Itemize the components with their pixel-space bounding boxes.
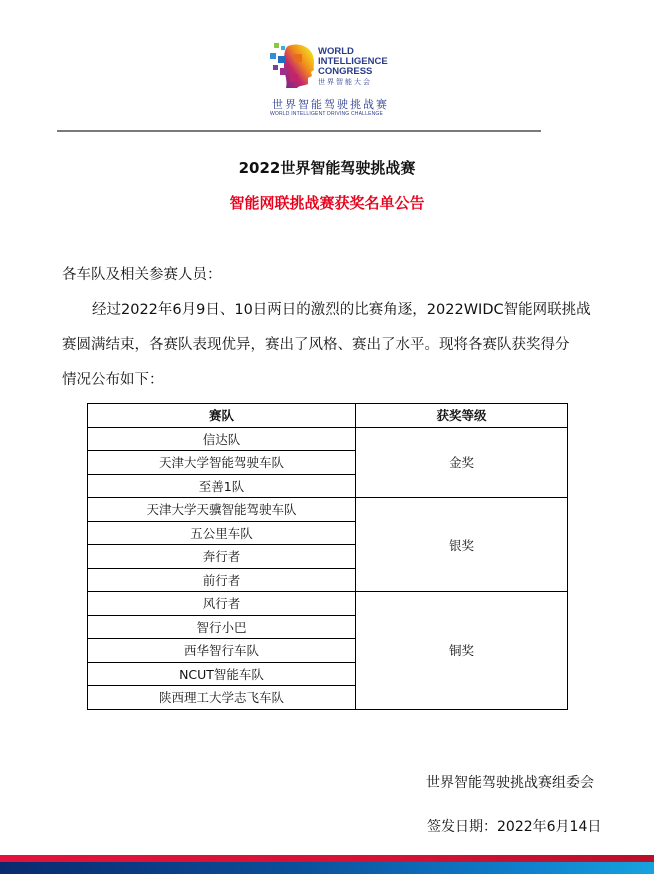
table-header-row: 赛队 获奖等级 (88, 404, 568, 428)
logo-cn-tag: 世界智能大会 (318, 78, 388, 88)
table-row: 风行者 铜奖 (88, 592, 568, 616)
organizer-signature: 世界智能驾驶挑战赛组委会 (426, 772, 594, 792)
footer-stripe-red (0, 855, 654, 862)
header-team: 赛队 (88, 404, 356, 428)
wic-logo: WORLD INTELLIGENCE CONGRESS 世界智能大会 世界智能驾… (268, 40, 392, 120)
team-cell: 西华智行车队 (88, 639, 356, 663)
team-cell: 智行小巴 (88, 615, 356, 639)
salutation: 各车队及相关参赛人员： (62, 263, 222, 284)
table-row: 信达队 金奖 (88, 427, 568, 451)
wic-wordmark: WORLD INTELLIGENCE CONGRESS 世界智能大会 (318, 47, 388, 88)
team-cell: 天津大学智能驾驶车队 (88, 451, 356, 475)
award-cell-gold: 金奖 (356, 427, 568, 498)
paragraph-line-2: 赛圆满结束，各赛队表现优异，赛出了风格、赛出了水平。现将各赛队获奖得分 (62, 333, 570, 354)
paragraph-line-1: 经过2022年6月9日、10日两日的激烈的比赛角逐，2022WIDC智能网联挑战 (92, 298, 591, 319)
award-cell-bronze: 铜奖 (356, 592, 568, 710)
team-cell: 前行者 (88, 568, 356, 592)
team-cell: 陕西理工大学志飞车队 (88, 686, 356, 710)
team-cell: 信达队 (88, 427, 356, 451)
header-divider (57, 130, 541, 132)
team-cell: 风行者 (88, 592, 356, 616)
footer-stripe-blue (0, 862, 654, 874)
header-award-level: 获奖等级 (356, 404, 568, 428)
logo-line-3: CONGRESS (318, 67, 388, 77)
team-cell: 奔行者 (88, 545, 356, 569)
awards-table: 赛队 获奖等级 信达队 金奖 天津大学智能驾驶车队 至善1队 天津大学天骥智能驾… (87, 403, 568, 710)
team-cell: 天津大学天骥智能驾驶车队 (88, 498, 356, 522)
document-subtitle: 智能网联挑战赛获奖名单公告 (0, 192, 654, 213)
document-title: 2022世界智能驾驶挑战赛 (0, 157, 654, 178)
paragraph-line-3: 情况公布如下： (62, 368, 164, 389)
team-cell: 至善1队 (88, 474, 356, 498)
logo-subtitle-en: WORLD INTELLIGENT DRIVING CHALLENGE (270, 111, 383, 117)
team-cell: NCUT智能车队 (88, 662, 356, 686)
table-row: 天津大学天骥智能驾驶车队 银奖 (88, 498, 568, 522)
issue-date: 签发日期：2022年6月14日 (427, 816, 601, 836)
logo-subtitle-cn: 世界智能驾驶挑战赛 (272, 96, 389, 112)
award-cell-silver: 银奖 (356, 498, 568, 592)
team-cell: 五公里车队 (88, 521, 356, 545)
wic-head-logo-icon (268, 40, 316, 90)
